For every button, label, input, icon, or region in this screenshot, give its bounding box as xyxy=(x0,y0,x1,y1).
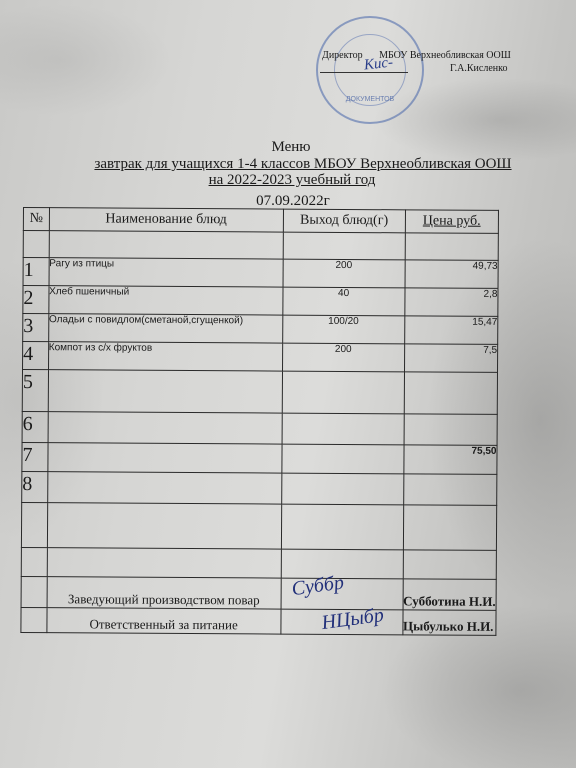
table-row: 2 Хлеб пшеничный 40 2,8 xyxy=(23,286,498,317)
table-row: 3 Оладьи с повидлом(сметаной,сгущенкой) … xyxy=(23,314,498,345)
dish-price xyxy=(404,414,498,446)
dish-output: 200 xyxy=(283,259,405,288)
approval-position: Директор xyxy=(322,50,363,61)
row-number: 2 xyxy=(23,286,49,314)
approval-name: Г.А.Кисленко xyxy=(450,63,507,75)
table-row: 8 xyxy=(22,471,497,505)
table-row-empty xyxy=(21,502,496,550)
column-header-dish: Наименование блюд xyxy=(49,208,283,232)
total-price: 75,50 xyxy=(403,445,497,475)
signature-name: Цыбулько Н.И. xyxy=(403,610,497,636)
dish-output: 40 xyxy=(283,287,405,316)
dish-name xyxy=(48,412,282,444)
dish-name xyxy=(48,370,282,413)
approval-block: Директор МБОУ Верхнеобливская ООШ Г.А.Ки… xyxy=(322,50,511,62)
stamp-text: ДОКУМЕНТОВ xyxy=(318,96,422,103)
signature-row: Ответственный за питание НЦыбр Цыбулько … xyxy=(21,607,496,635)
signature-name: Субботина Н.И. xyxy=(403,579,497,611)
table-row: 4 Компот из с/х фруктов 200 7,5 xyxy=(23,342,498,373)
director-signature: Кис- xyxy=(363,55,394,75)
approval-organization: МБОУ Верхнеобливская ООШ xyxy=(379,50,511,61)
dish-price: 7,5 xyxy=(404,344,498,373)
row-number: 1 xyxy=(23,258,49,286)
row-number: 5 xyxy=(22,370,48,412)
table-row: 6 xyxy=(22,411,497,445)
dish-price: 2,8 xyxy=(404,288,498,317)
document-title: Меню xyxy=(6,139,576,156)
column-header-price: Цена руб. xyxy=(405,210,499,234)
table-row-empty xyxy=(21,547,496,579)
menu-table: № Наименование блюд Выход блюд(г) Цена р… xyxy=(20,207,499,636)
dish-output xyxy=(281,473,403,505)
table-row: 7 75,50 xyxy=(22,442,497,474)
signature-row: Заведующий производством повар Суббр Суб… xyxy=(21,576,496,610)
column-header-number: № xyxy=(23,208,49,231)
row-number: 8 xyxy=(22,471,48,502)
document-subtitle: завтрак для учащихся 1-4 классов МБОУ Ве… xyxy=(30,156,576,173)
dish-output xyxy=(282,444,404,474)
dish-name: Хлеб пшеничный xyxy=(49,286,283,315)
dish-output: 100/20 xyxy=(282,315,404,344)
row-number: 6 xyxy=(22,411,48,442)
dish-output xyxy=(282,371,404,414)
row-number: 3 xyxy=(23,314,49,342)
dish-name xyxy=(48,443,282,473)
dish-price: 49,73 xyxy=(405,260,499,289)
row-number: 4 xyxy=(23,342,49,370)
dish-name xyxy=(47,472,281,504)
dish-price xyxy=(403,474,497,506)
table-row: 1 Рагу из птицы 200 49,73 xyxy=(23,258,498,289)
dish-price xyxy=(404,372,498,415)
signature-role: Заведующий производством повар xyxy=(47,577,281,609)
school-year: на 2022-2023 учебный год xyxy=(8,172,576,189)
table-header: № Наименование блюд Выход блюд(г) Цена р… xyxy=(23,208,498,234)
dish-name: Компот из с/х фруктов xyxy=(48,342,282,371)
table-row: 5 xyxy=(22,370,497,415)
handwritten-signature: НЦыбр xyxy=(320,604,385,635)
signature-role: Ответственный за питание xyxy=(47,608,281,634)
dish-price: 15,47 xyxy=(404,316,498,345)
dish-output xyxy=(282,413,404,445)
table-header-spacer xyxy=(23,231,498,261)
row-number: 7 xyxy=(22,442,48,471)
dish-name: Рагу из птицы xyxy=(49,258,283,287)
dish-name: Оладьи с повидлом(сметаной,сгущенкой) xyxy=(48,314,282,343)
column-header-output: Выход блюд(г) xyxy=(283,209,405,233)
dish-output: 200 xyxy=(282,343,404,372)
